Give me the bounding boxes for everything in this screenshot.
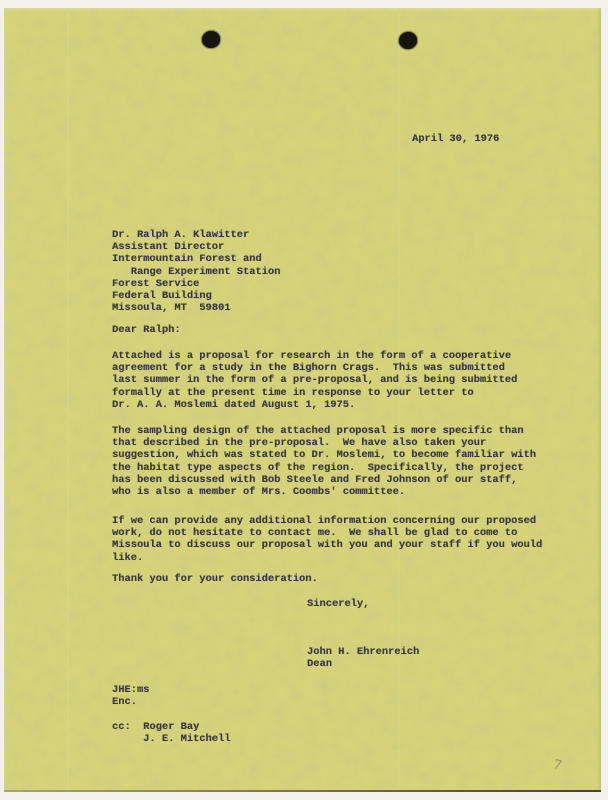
- thanks-line: Thank you for your consideration.: [112, 573, 318, 585]
- body-paragraph-1: Attached is a proposal for research in t…: [112, 350, 517, 411]
- signature-block: John H. Ehrenreich Dean: [307, 646, 419, 670]
- recipient-address: Dr. Ralph A. Klawitter Assistant Directo…: [112, 229, 280, 314]
- closing-salutation: Sincerely,: [307, 598, 369, 610]
- cc-block: cc: Roger Bay J. E. Mitchell: [112, 721, 230, 745]
- salutation: Dear Ralph:: [112, 324, 181, 336]
- hole-punch-right: [399, 32, 417, 49]
- hole-punch-left: [202, 31, 220, 48]
- letter-paper: April 30, 1976 Dr. Ralph A. Klawitter As…: [4, 8, 601, 792]
- letter-date: April 30, 1976: [412, 133, 499, 145]
- paper-crease-left: [67, 8, 69, 792]
- body-paragraph-2: The sampling design of the attached prop…: [112, 425, 536, 498]
- paper-bottom-edge: [4, 790, 601, 792]
- body-paragraph-3: If we can provide any additional informa…: [112, 515, 542, 564]
- scanned-letter-page: April 30, 1976 Dr. Ralph A. Klawitter As…: [0, 0, 608, 800]
- handwritten-pencil-mark: 7: [551, 757, 563, 774]
- reference-initials-block: JHE:ms Enc.: [112, 684, 149, 708]
